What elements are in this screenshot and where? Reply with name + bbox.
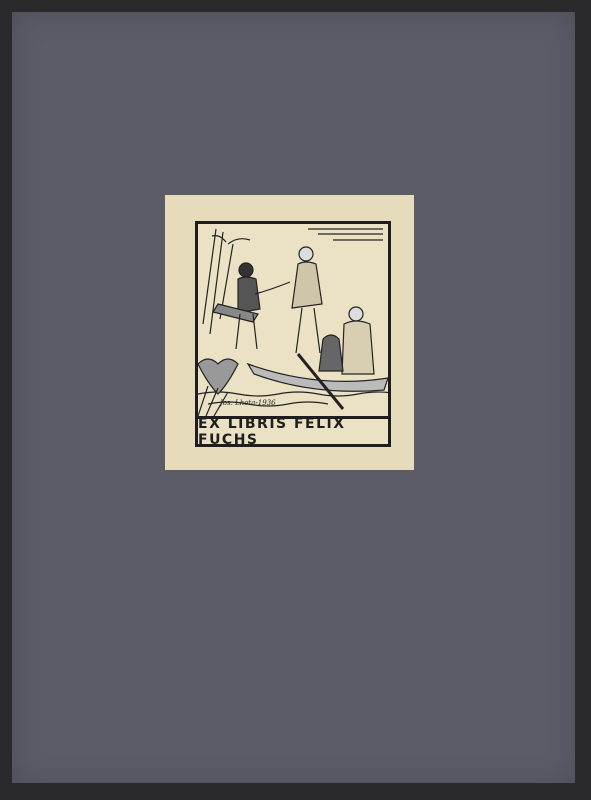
bookplate-caption: EX LIBRIS FELIX FUCHS [198,416,388,444]
mounting-board: Jos. Lhota-1936 EX LIBRIS FELIX FUCHS [12,12,575,783]
woodcut-illustration [198,224,388,416]
illustration-frame: Jos. Lhota-1936 EX LIBRIS FELIX FUCHS [195,221,391,447]
illustration-scene: Jos. Lhota-1936 [198,224,388,416]
bookplate: Jos. Lhota-1936 EX LIBRIS FELIX FUCHS [165,195,414,470]
artist-signature: Jos. Lhota-1936 [220,399,276,407]
